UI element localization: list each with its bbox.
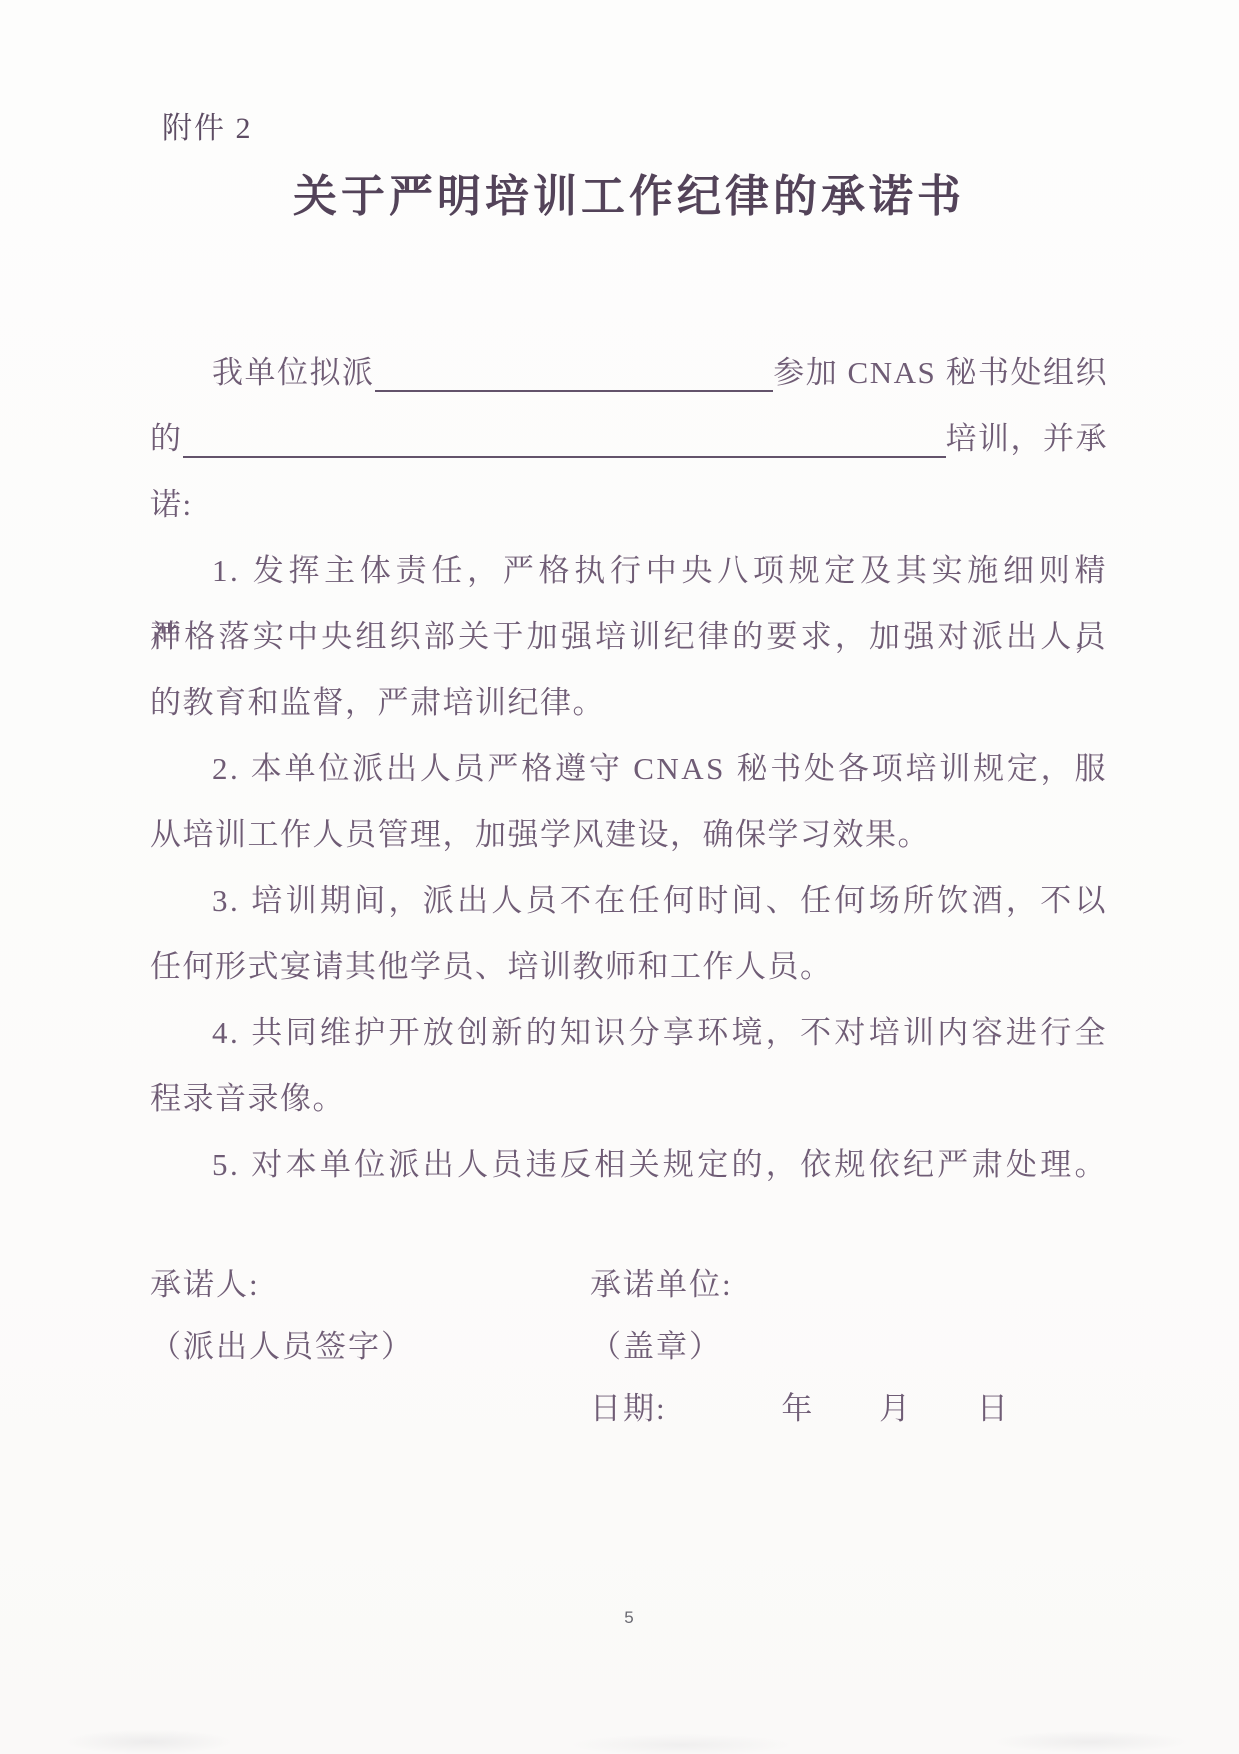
- intro-line-1: 我单位拟派 参加 CNAS 秘书处组织: [150, 340, 1108, 406]
- document-page: 附件 2 关于严明培训工作纪律的承诺书 我单位拟派 参加 CNAS 秘书处组织 …: [0, 0, 1239, 1754]
- commitment-item-4-line-1: 4. 共同维护开放创新的知识分享环境，不对培训内容进行全: [150, 1000, 1108, 1066]
- page-number: 5: [150, 1608, 1108, 1628]
- promising-unit-label: 承诺单位:: [590, 1254, 1108, 1316]
- document-title: 关于严明培训工作纪律的承诺书: [150, 172, 1108, 222]
- date-day-char: 日: [977, 1391, 1010, 1426]
- commitment-item-4-line-2: 程录音录像。: [150, 1066, 1108, 1132]
- intro-line2-suffix: 培训，并承: [946, 406, 1109, 472]
- signature-row-date: 日期: 年 月 日: [150, 1378, 1108, 1440]
- commitment-item-2-line-1: 2. 本单位派出人员严格遵守 CNAS 秘书处各项培训规定，服: [150, 736, 1108, 802]
- seal-note: （盖章）: [590, 1316, 1108, 1378]
- signature-row-labels: 承诺人: 承诺单位:: [150, 1254, 1108, 1316]
- document-body: 我单位拟派 参加 CNAS 秘书处组织 的 培训，并承 诺: 1. 发挥主体责任…: [150, 340, 1108, 1198]
- document-content: 附件 2 关于严明培训工作纪律的承诺书 我单位拟派 参加 CNAS 秘书处组织 …: [0, 112, 1239, 1628]
- date-month-char: 月: [879, 1391, 912, 1426]
- intro-line-3: 诺:: [150, 472, 1108, 538]
- promiser-signature-note: （派出人员签字）: [150, 1316, 590, 1378]
- promiser-label: 承诺人:: [150, 1254, 590, 1316]
- signature-block: 承诺人: 承诺单位: （派出人员签字） （盖章） 日期: 年 月 日: [150, 1254, 1108, 1440]
- commitment-item-2-line-2: 从培训工作人员管理，加强学风建设，确保学习效果。: [150, 802, 1108, 868]
- intro-line1-suffix: 参加 CNAS 秘书处组织: [773, 340, 1108, 406]
- blank-training-name-line: [183, 406, 946, 458]
- date-row-spacer: [150, 1378, 590, 1440]
- date-year-char: 年: [781, 1391, 814, 1426]
- commitment-item-3-line-1: 3. 培训期间，派出人员不在任何时间、任何场所饮酒，不以: [150, 868, 1108, 934]
- commitment-item-5: 5. 对本单位派出人员违反相关规定的，依规依纪严肃处理。: [150, 1132, 1108, 1198]
- date-label: 日期:: [590, 1391, 667, 1426]
- intro-line-2: 的 培训，并承: [150, 406, 1108, 472]
- commitment-item-1-line-2: 严格落实中央组织部关于加强培训纪律的要求，加强对派出人员: [150, 604, 1108, 670]
- attachment-label: 附件 2: [162, 112, 1108, 146]
- date-line: 日期: 年 月 日: [590, 1378, 1108, 1440]
- commitment-item-1-line-1: 1. 发挥主体责任，严格执行中央八项规定及其实施细则精神，: [150, 538, 1108, 604]
- commitment-item-1-line-3: 的教育和监督，严肃培训纪律。: [150, 670, 1108, 736]
- signature-row-notes: （派出人员签字） （盖章）: [150, 1316, 1108, 1378]
- intro-line1-prefix: 我单位拟派: [150, 340, 375, 406]
- intro-line2-prefix: 的: [150, 406, 183, 472]
- commitment-item-3-line-2: 任何形式宴请其他学员、培训教师和工作人员。: [150, 934, 1108, 1000]
- blank-delegate-name-line: [375, 340, 774, 392]
